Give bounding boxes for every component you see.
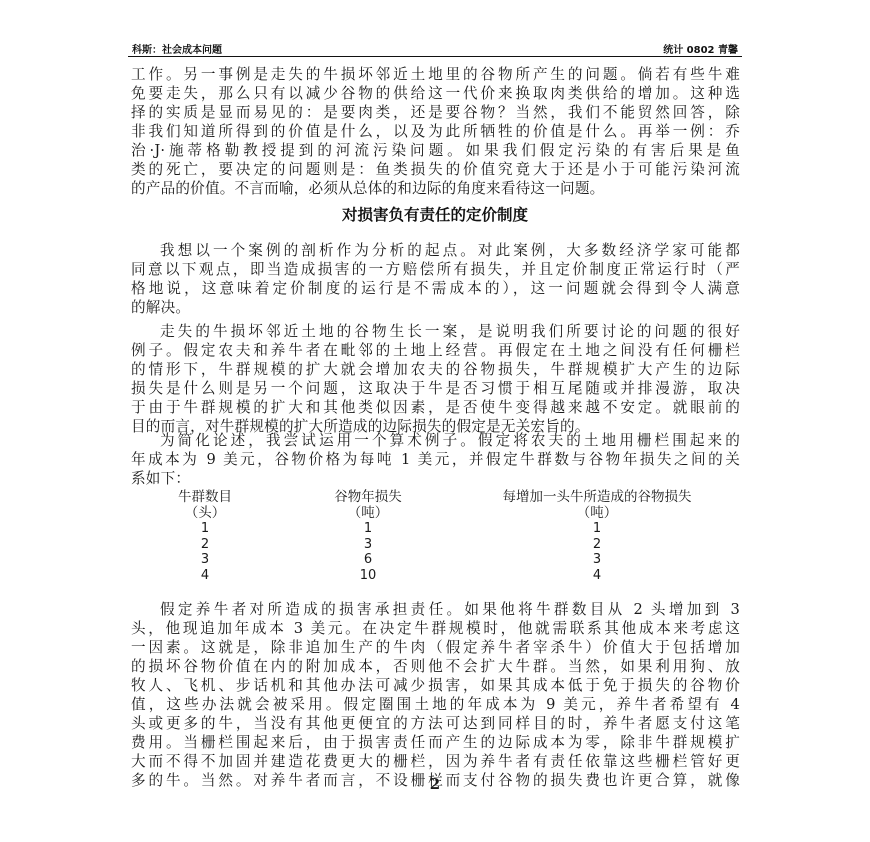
table-cell: 1 <box>364 521 372 537</box>
paragraph-3: 为简化论述，我尝试运用一个算术例子。假定将农夫的土地用栅栏围起来的 年成本为 9… <box>131 431 740 488</box>
text-line: 非我们知道所得到的价值是什么，以及为此所牺牲的价值是什么。再举一例：乔 <box>131 122 740 141</box>
text-line: 的情形下，牛群规模的扩大就会增加农夫的谷物损失，牛群规模扩大产生的边际 <box>131 360 740 379</box>
text-line: 大而不得不加固并建造花费更大的栅栏，因为养牛者有责任依靠这些栅栏管好更 <box>131 752 740 771</box>
table-cell: 2 <box>201 537 209 553</box>
table-row: 1 1 1 <box>131 521 740 537</box>
paragraph-1: 我想以一个案例的剖析作为分析的起点。对此案例，大多数经济学家可能都 同意以下观点… <box>131 241 740 317</box>
document-page: 科斯：社会成本问题 统计 0802 青馨 工作。另一事例是走失的牛损坏邻近土地里… <box>0 0 870 842</box>
table-cell: 10 <box>360 568 377 584</box>
header-title: 科斯：社会成本问题 <box>132 41 222 56</box>
page-number: 2 <box>0 775 870 793</box>
text-line: 牧人、飞机、步话机和其他办法可减少损害，如果其成本低于免于损失的谷物价 <box>131 676 740 695</box>
text-line: 假定养牛者对所造成的损害承担责任。如果他将牛群数目从 2 头增加到 3 <box>131 600 740 619</box>
table-cell: 6 <box>364 552 372 568</box>
text-line: 走失的牛损坏邻近土地的谷物生长一案，是说明我们所要讨论的问题的很好 <box>131 322 740 341</box>
paragraph-2: 走失的牛损坏邻近土地的谷物生长一案，是说明我们所要讨论的问题的很好 例子。假定农… <box>131 322 740 436</box>
text-line: 的产品的价值。不言而喻，必须从总体的和边际的角度来看待这一问题。 <box>131 179 740 198</box>
table-row: 3 6 3 <box>131 552 740 568</box>
cattle-crop-loss-table: 牛群数目 谷物年损失 每增加一头牛所造成的谷物损失 （头） （吨） （吨） 1 … <box>131 490 740 583</box>
text-line: 择的实质是显而易见的：是要肉类，还是要谷物？当然，我们不能贸然回答，除 <box>131 103 740 122</box>
column-header-annual-crop-loss: 谷物年损失 <box>334 490 402 506</box>
table-header-row: 牛群数目 谷物年损失 每增加一头牛所造成的谷物损失 <box>131 490 740 506</box>
unit-label: （吨） <box>348 506 389 522</box>
table-cell: 2 <box>593 537 601 553</box>
unit-label: （头） <box>185 506 226 522</box>
table-row: 4 10 4 <box>131 568 740 584</box>
text-line: 的损坏谷物价值在内的附加成本，否则他不会扩大牛群。当然，如果利用狗、放 <box>131 657 740 676</box>
text-line: 类的死亡，要决定的问题则是：鱼类损失的价值究竟大于还是小于可能污染河流 <box>131 160 740 179</box>
text-line: 为简化论述，我尝试运用一个算术例子。假定将农夫的土地用栅栏围起来的 <box>131 431 740 450</box>
text-line: 工作。另一事例是走失的牛损坏邻近土地里的谷物所产生的问题。倘若有些牛难 <box>131 65 740 84</box>
text-line: 头或更多的牛，当没有其他更便宜的方法可达到同样目的时，养牛者愿支付这笔 <box>131 714 740 733</box>
unit-label: （吨） <box>577 506 618 522</box>
table-units-row: （头） （吨） （吨） <box>131 506 740 522</box>
text-line: 一因素。这就是，除非追加生产的牛肉（假定养牛者宰杀牛）价值大于包括增加 <box>131 638 740 657</box>
intro-paragraph: 工作。另一事例是走失的牛损坏邻近土地里的谷物所产生的问题。倘若有些牛难 免要走失… <box>131 65 740 198</box>
table-cell: 3 <box>201 552 209 568</box>
text-line: 费用。当栅栏围起来后，由于损害责任而产生的边际成本为零，除非牛群规模扩 <box>131 733 740 752</box>
table-cell: 3 <box>364 537 372 553</box>
paragraph-4: 假定养牛者对所造成的损害承担责任。如果他将牛群数目从 2 头增加到 3 头，他现… <box>131 600 740 790</box>
table-cell: 3 <box>593 552 601 568</box>
table-cell: 4 <box>201 568 209 584</box>
text-line: 于由于牛群规模的扩大和其他类似因素，是否使牛变得越来越不安定。就眼前的 <box>131 398 740 417</box>
table-cell: 1 <box>593 521 601 537</box>
text-line: 我想以一个案例的剖析作为分析的起点。对此案例，大多数经济学家可能都 <box>131 241 740 260</box>
text-line: 格地说，这意味着定价制度的运行是不需成本的），这一问题就会得到令人满意 <box>131 279 740 298</box>
column-header-herd-size: 牛群数目 <box>178 490 232 506</box>
table-row: 2 3 2 <box>131 537 740 553</box>
text-line: 值，这些办法就会被采用。假定圈围土地的年成本为 9 美元，养牛者希望有 4 <box>131 695 740 714</box>
section-title: 对损害负有责任的定价制度 <box>0 203 870 225</box>
text-line: 损失是什么则是另一个问题，这取决于牛是否习惯于相互尾随或并排漫游，取决 <box>131 379 740 398</box>
text-line: 头，他现追加年成本 3 美元。在决定牛群规模时，他就需联系其他成本来考虑这 <box>131 619 740 638</box>
header-author: 统计 0802 青馨 <box>663 41 738 56</box>
text-line: 年成本为 9 美元，谷物价格为每吨 1 美元，并假定牛群数与谷物年损失之间的关 <box>131 450 740 469</box>
text-line: 的解决。 <box>131 298 740 317</box>
text-line: 治·J·施蒂格勒教授提到的河流污染问题。如果我们假定污染的有害后果是鱼 <box>131 141 740 160</box>
text-line: 例子。假定农夫和养牛者在毗邻的土地上经营。再假定在土地之间没有任何栅栏 <box>131 341 740 360</box>
table-cell: 1 <box>201 521 209 537</box>
column-header-marginal-loss: 每增加一头牛所造成的谷物损失 <box>503 490 692 506</box>
table-cell: 4 <box>593 568 601 584</box>
text-line: 系如下： <box>131 469 740 488</box>
text-line: 免要走失，那么只有以减少谷物的供给这一代价来换取肉类供给的增加。这种选 <box>131 84 740 103</box>
text-line: 同意以下观点，即当造成损害的一方赔偿所有损失，并且定价制度正常运行时（严 <box>131 260 740 279</box>
running-header: 科斯：社会成本问题 统计 0802 青馨 <box>128 38 742 57</box>
